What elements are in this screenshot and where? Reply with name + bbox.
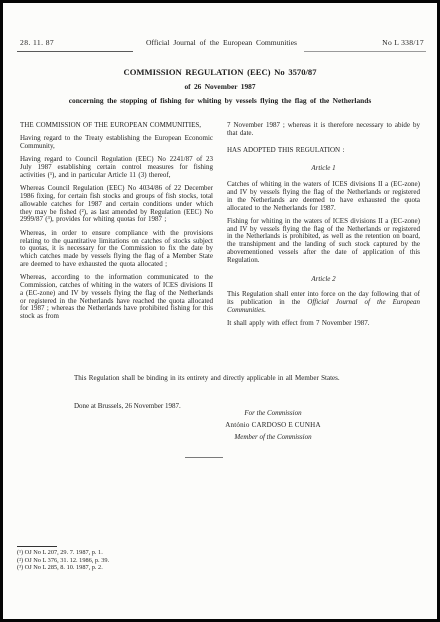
footnote: (²) OJ No L 376, 31. 12. 1986, p. 39. — [17, 557, 109, 565]
right-column: 7 November 1987 ; whereas it is therefor… — [227, 122, 420, 328]
article-1-paragraph: Fishing for whiting in the waters of ICE… — [227, 218, 420, 265]
done-at-line: Done at Brussels, 26 November 1987. — [74, 402, 181, 410]
signature-for-commission: For the Commission — [183, 407, 363, 419]
footnote-separator-rule — [17, 546, 57, 547]
header-rule-left — [17, 51, 133, 52]
article-2-heading: Article 2 — [227, 276, 420, 284]
header-journal-title: Official Journal of the European Communi… — [17, 38, 426, 47]
preamble-opening: THE COMMISSION OF THE EUROPEAN COMMUNITI… — [20, 122, 213, 130]
left-column: THE COMMISSION OF THE EUROPEAN COMMUNITI… — [20, 122, 213, 328]
article-2-text-end: . — [264, 306, 266, 314]
article-2-paragraph: It shall apply with effect from 7 Novemb… — [227, 320, 420, 328]
article-1-heading: Article 1 — [227, 165, 420, 173]
binding-clause: This Regulation shall be binding in its … — [74, 374, 376, 382]
end-of-act-rule — [185, 457, 223, 458]
signature-name: António CARDOSO E CUNHA — [183, 419, 363, 431]
signature-block: For the Commission António CARDOSO E CUN… — [183, 407, 363, 443]
enacting-formula: HAS ADOPTED THIS REGULATION : — [227, 147, 420, 155]
journal-page: 28. 11. 87 Official Journal of the Europ… — [0, 0, 440, 622]
article-2-paragraph: This Regulation shall enter into force o… — [227, 291, 420, 314]
signature-role: Member of the Commission — [183, 431, 363, 443]
page-header: 28. 11. 87 Official Journal of the Europ… — [17, 36, 426, 56]
header-rule-right — [304, 51, 426, 52]
header-issue-number: No L 338/17 — [382, 38, 424, 47]
footnotes-block: (¹) OJ No L 207, 29. 7. 1987, p. 1. (²) … — [17, 546, 109, 572]
preamble-paragraph: Whereas, according to the information co… — [20, 274, 213, 321]
regulation-title: COMMISSION REGULATION (EEC) No 3570/87 — [58, 67, 382, 77]
footnote: (³) OJ No L 285, 8. 10. 1987, p. 2. — [17, 564, 109, 572]
preamble-paragraph: Whereas, in order to ensure compliance w… — [20, 230, 213, 269]
body-columns: THE COMMISSION OF THE EUROPEAN COMMUNITI… — [20, 122, 420, 328]
regulation-title-block: COMMISSION REGULATION (EEC) No 3570/87 o… — [58, 67, 382, 105]
regulation-date: of 26 November 1987 — [58, 82, 382, 91]
article-1-paragraph: Catches of whiting in the waters of ICES… — [227, 181, 420, 212]
preamble-paragraph: Having regard to Council Regulation (EEC… — [20, 156, 213, 179]
preamble-paragraph: Having regard to the Treaty establishing… — [20, 135, 213, 151]
regulation-subject: concerning the stopping of fishing for w… — [58, 96, 382, 105]
preamble-continuation: 7 November 1987 ; whereas it is therefor… — [227, 122, 420, 138]
preamble-paragraph: Whereas Council Regulation (EEC) No 4034… — [20, 185, 213, 224]
footnote: (¹) OJ No L 207, 29. 7. 1987, p. 1. — [17, 549, 109, 557]
